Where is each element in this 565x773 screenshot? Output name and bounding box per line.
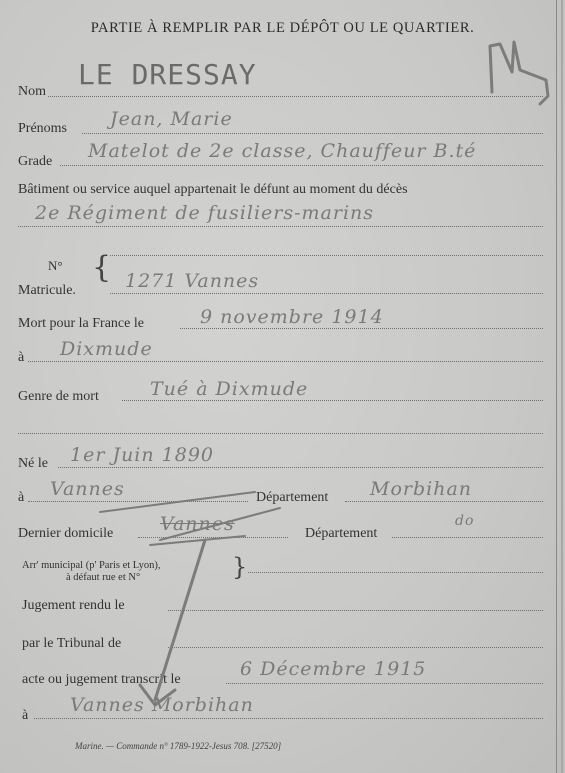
death-record-card: PARTIE À REMPLIR PAR LE DÉPÔT OU LE QUAR…: [0, 0, 565, 773]
footer-print-reference: Marine. — Commande n° 1789-1922-Jesus 70…: [75, 741, 281, 751]
pencil-marks: [0, 0, 565, 773]
corner-mark-icon: [490, 42, 548, 104]
